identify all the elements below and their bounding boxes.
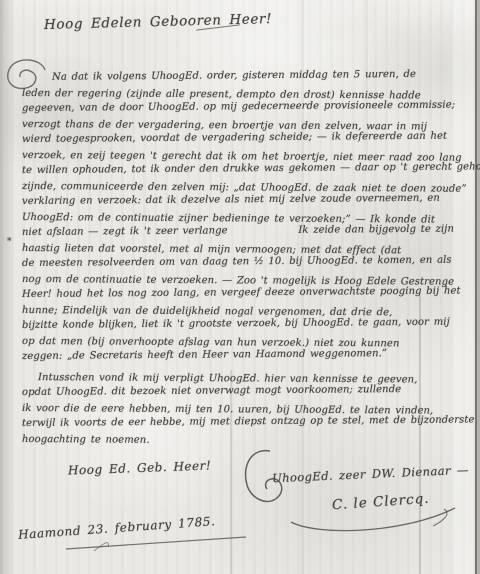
salutation: Hoog Edelen Gebooren Heer! [44,11,272,33]
manuscript-line: Na dat ik volgens UhoogEd. order, gister… [22,67,460,86]
closing-left: Hoog Ed. Geb. Heer! [68,459,212,478]
manuscript-body: Na dat ik volgens UhoogEd. order, gister… [22,70,460,447]
manuscript-line: zeggen: „de Secretaris heeft den Heer va… [22,346,460,365]
manuscript-line: hoogachting te noemen. [22,432,460,450]
manuscript-line: Heer! houd het los nog zoo lang, en verg… [22,284,460,303]
manuscript-line: wierd toegesprooken, voordat de vergader… [22,129,460,148]
manuscript-line-left: niet afslaan — zegt ik 't zeer verlange [22,223,228,240]
closing-right: UhoogEd. zeer DW. Dienaar — [272,463,469,486]
signature: C. le Clercq. [332,491,431,514]
manuscript-line: verklaring en verzoek: dat ik dezelve al… [22,191,460,210]
scanned-letter-page: Hoog Edelen Gebooren Heer! * Na dat ik v… [0,0,480,574]
dateline-underline [64,533,250,553]
manuscript-line: te willen ophouden, tot ik onder den dru… [22,160,460,179]
manuscript-line-right: Ik zeide dan bijgevolg te zijn [298,222,454,239]
manuscript-line: gegeeven, van de door UhoogEd. op mij ge… [22,98,460,117]
manuscript-line: de meesten resolveerden om van daag ten … [22,253,460,272]
manuscript-line: niet afslaan — zegt ik 't zeer verlangeI… [22,222,460,241]
manuscript-line: terwijl ik voorts de eer hebbe, mij met … [22,413,460,432]
manuscript-line: bijzitte konde blijken, liet ik 't groot… [22,315,460,334]
manuscript-line: opdat UhoogEd. dit bezoek niet onverwagt… [22,382,460,401]
page-edge-line [475,0,477,574]
margin-mark: * [7,237,12,247]
